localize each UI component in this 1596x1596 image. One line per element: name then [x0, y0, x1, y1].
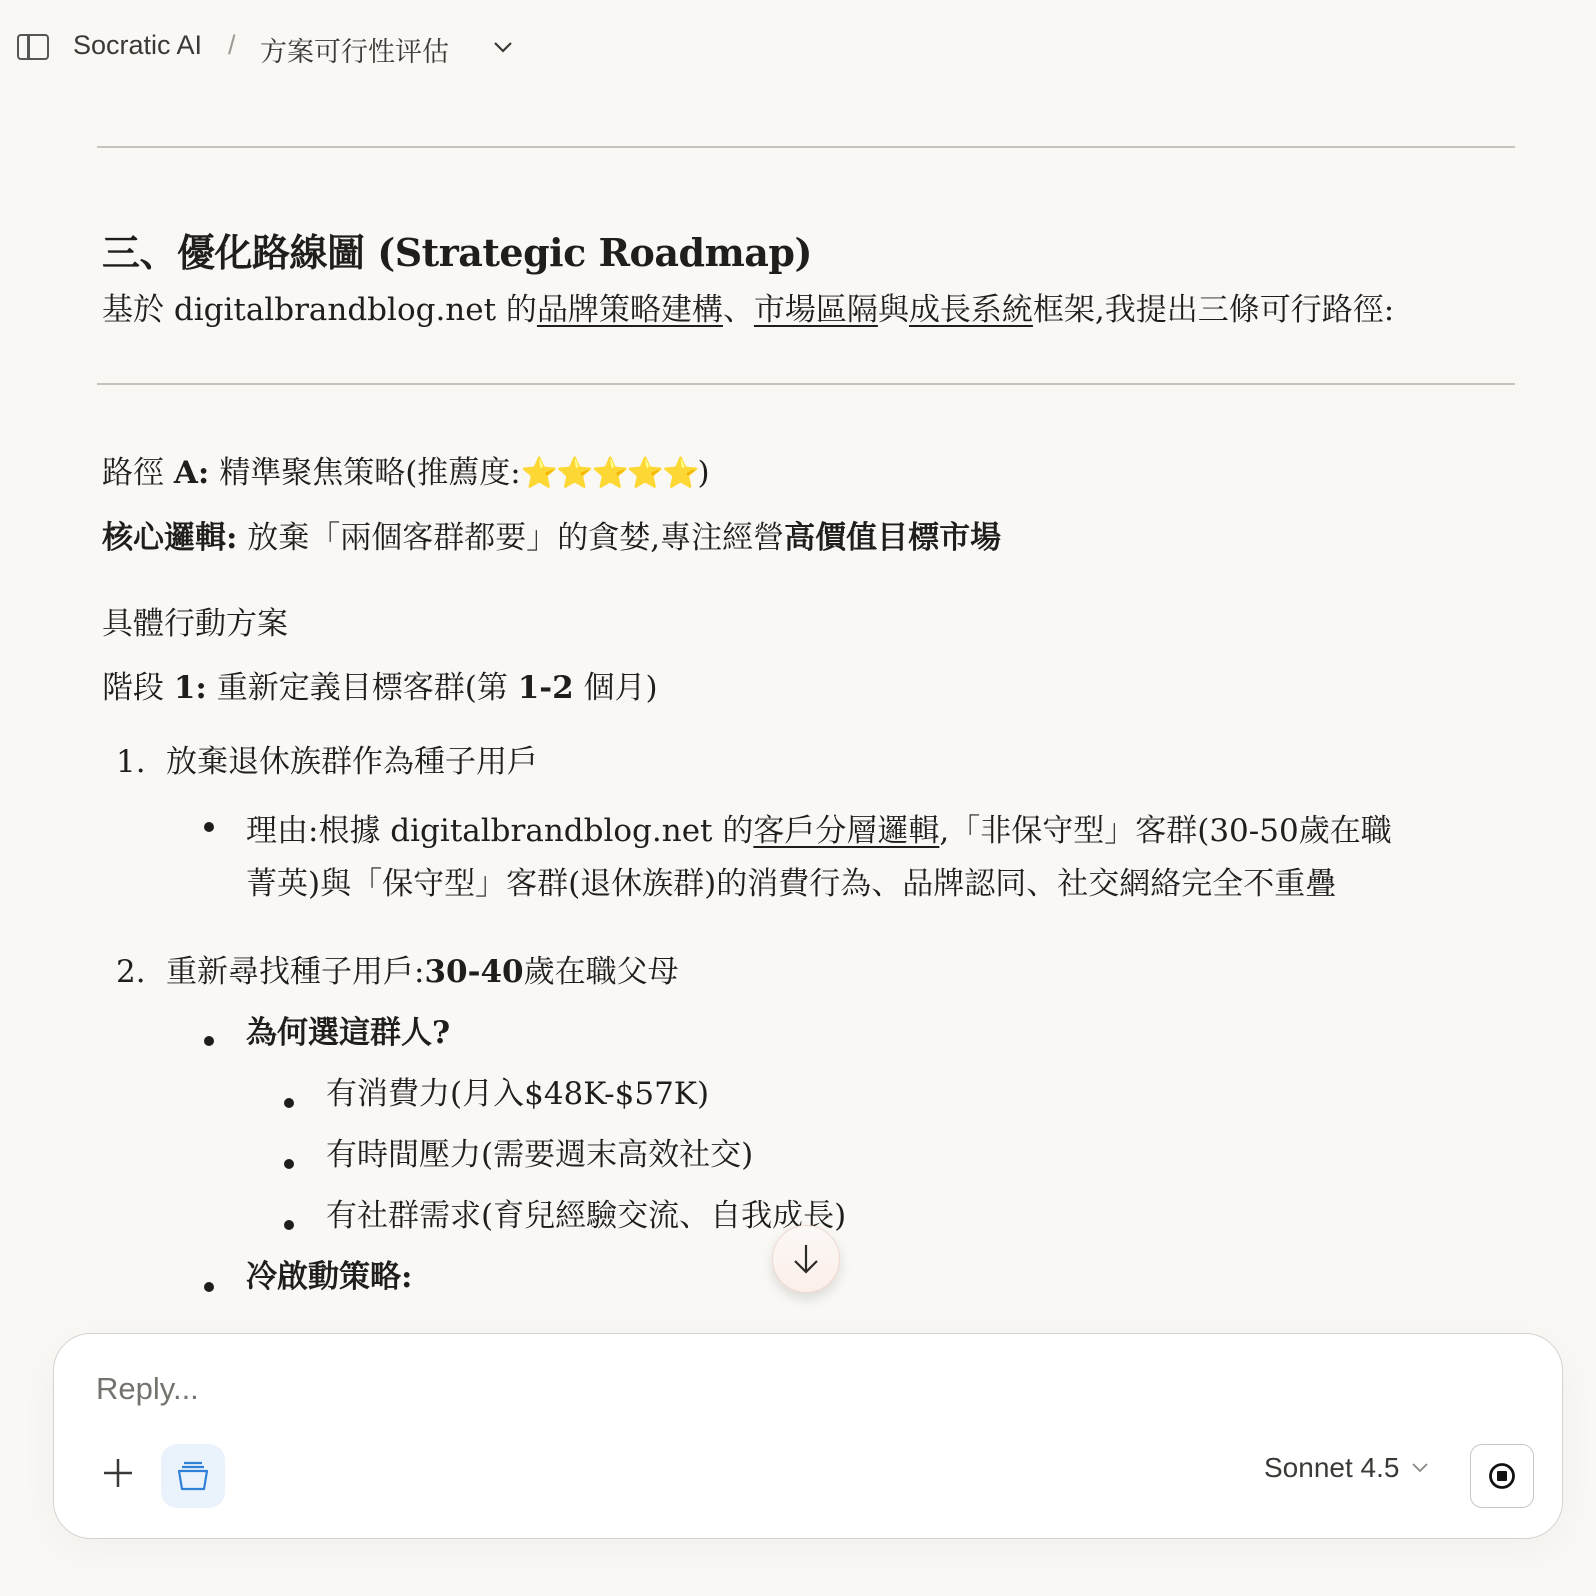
reason-text: 菁英)與「保守型」客群(退休族群)的消費行為、品牌認同、社交網絡完全不重疊 [246, 866, 1336, 902]
list-number: 1. [116, 744, 146, 780]
arrow-down-icon [791, 1242, 821, 1276]
reply-composer: Sonnet 4.5 [53, 1333, 1563, 1539]
intro-text: 框架,我提出三條可行路徑: [1033, 292, 1394, 328]
reason-text: 理由:根據 digitalbrandblog.net 的 [246, 813, 753, 849]
intro-text: 、 [723, 292, 754, 328]
divider [97, 146, 1515, 148]
path-label: 路徑 [102, 455, 174, 491]
path-a-title: 路徑 A: 精準聚焦策略(推薦度:⭐⭐⭐⭐⭐) [102, 455, 1502, 492]
breadcrumb-project[interactable]: Socratic AI [73, 30, 202, 61]
bullet [204, 1282, 214, 1292]
age-range: 30-40 [424, 954, 523, 990]
scroll-to-bottom-button[interactable] [772, 1225, 840, 1293]
path-letter: A: [174, 455, 210, 491]
phase-suffix: 個月) [574, 670, 658, 706]
why-label: 為何選這群人? [246, 1015, 1596, 1052]
divider [97, 383, 1515, 385]
bullet [204, 1036, 214, 1046]
phase-heading: 階段 1: 重新定義目標客群(第 1-2 個月) [102, 670, 1502, 707]
model-selector[interactable]: Sonnet 4.5 [1264, 1452, 1429, 1484]
item-text: 重新尋找種子用戶: [166, 954, 424, 990]
top-bar: Socratic AI / 方案可行性评估 [0, 0, 1596, 96]
list-item-1: 放棄退休族群作為種子用戶 [166, 744, 1566, 781]
project-folder-icon [176, 1460, 210, 1492]
bullet [204, 822, 214, 832]
reason-item: 有時間壓力(需要週末高效社交) [326, 1137, 1596, 1174]
list-item-2: 重新尋找種子用戶:30-40歲在職父母 [166, 954, 1566, 991]
reason-text: ,「非保守型」客群(30-50歲在職 [939, 813, 1391, 849]
reason-item: 有社群需求(育兒經驗交流、自我成長) [326, 1198, 1596, 1235]
bullet [284, 1159, 294, 1169]
core-logic-emphasis: 高價值目標市場 [784, 520, 1001, 556]
phase-months: 1-2 [518, 670, 574, 706]
phase-text: 重新定義目標客群(第 [207, 670, 518, 706]
model-name: Sonnet 4.5 [1264, 1452, 1399, 1484]
stop-icon [1487, 1461, 1517, 1491]
section-heading: 三、優化路線圖 (Strategic Roadmap) [102, 222, 1502, 277]
project-knowledge-button[interactable] [161, 1444, 225, 1508]
phase-number: 1: [174, 670, 207, 706]
intro-text: 與 [878, 292, 909, 328]
path-title-close: ) [698, 455, 710, 491]
stop-button[interactable] [1470, 1444, 1534, 1508]
list-number: 2. [116, 954, 146, 990]
intro-text: 基於 digitalbrandblog.net 的 [102, 292, 537, 328]
phase-label: 階段 [102, 670, 174, 706]
chevron-down-icon [1411, 1462, 1429, 1474]
core-logic: 核心邏輯: 放棄「兩個客群都要」的貪婪,專注經營高價值目標市場 [102, 520, 1502, 557]
star-rating-icon: ⭐⭐⭐⭐⭐ [521, 456, 698, 491]
bullet [284, 1098, 294, 1108]
link-growth-system[interactable]: 成長系統 [909, 292, 1033, 328]
link-customer-tiering[interactable]: 客戶分層邏輯 [753, 813, 939, 849]
reason-item: 有消費力(月入$48K-$57K) [326, 1076, 1596, 1113]
breadcrumb-separator: / [228, 30, 236, 61]
add-attachment-button[interactable] [96, 1451, 140, 1495]
link-market-segmentation[interactable]: 市場區隔 [754, 292, 878, 328]
sidebar-toggle-icon[interactable] [17, 34, 49, 60]
chevron-down-icon[interactable] [490, 34, 516, 60]
reply-input[interactable] [96, 1364, 1196, 1414]
path-name: 精準聚焦策略(推薦度: [209, 455, 520, 491]
core-logic-label: 核心邏輯: [102, 520, 237, 556]
cold-start-label: 冷啟動策略: [246, 1259, 1596, 1296]
action-plan-heading: 具體行動方案 [102, 606, 1502, 643]
reason-paragraph: 理由:根據 digitalbrandblog.net 的客戶分層邏輯,「非保守型… [246, 805, 1396, 911]
bullet [284, 1220, 294, 1230]
item-text: 歲在職父母 [524, 954, 679, 990]
core-logic-text: 放棄「兩個客群都要」的貪婪,專注經營 [237, 520, 784, 556]
intro-paragraph: 基於 digitalbrandblog.net 的品牌策略建構、市場區隔與成長系… [102, 292, 1502, 329]
conversation-title[interactable]: 方案可行性评估 [260, 30, 449, 69]
link-brand-strategy[interactable]: 品牌策略建構 [537, 292, 723, 328]
